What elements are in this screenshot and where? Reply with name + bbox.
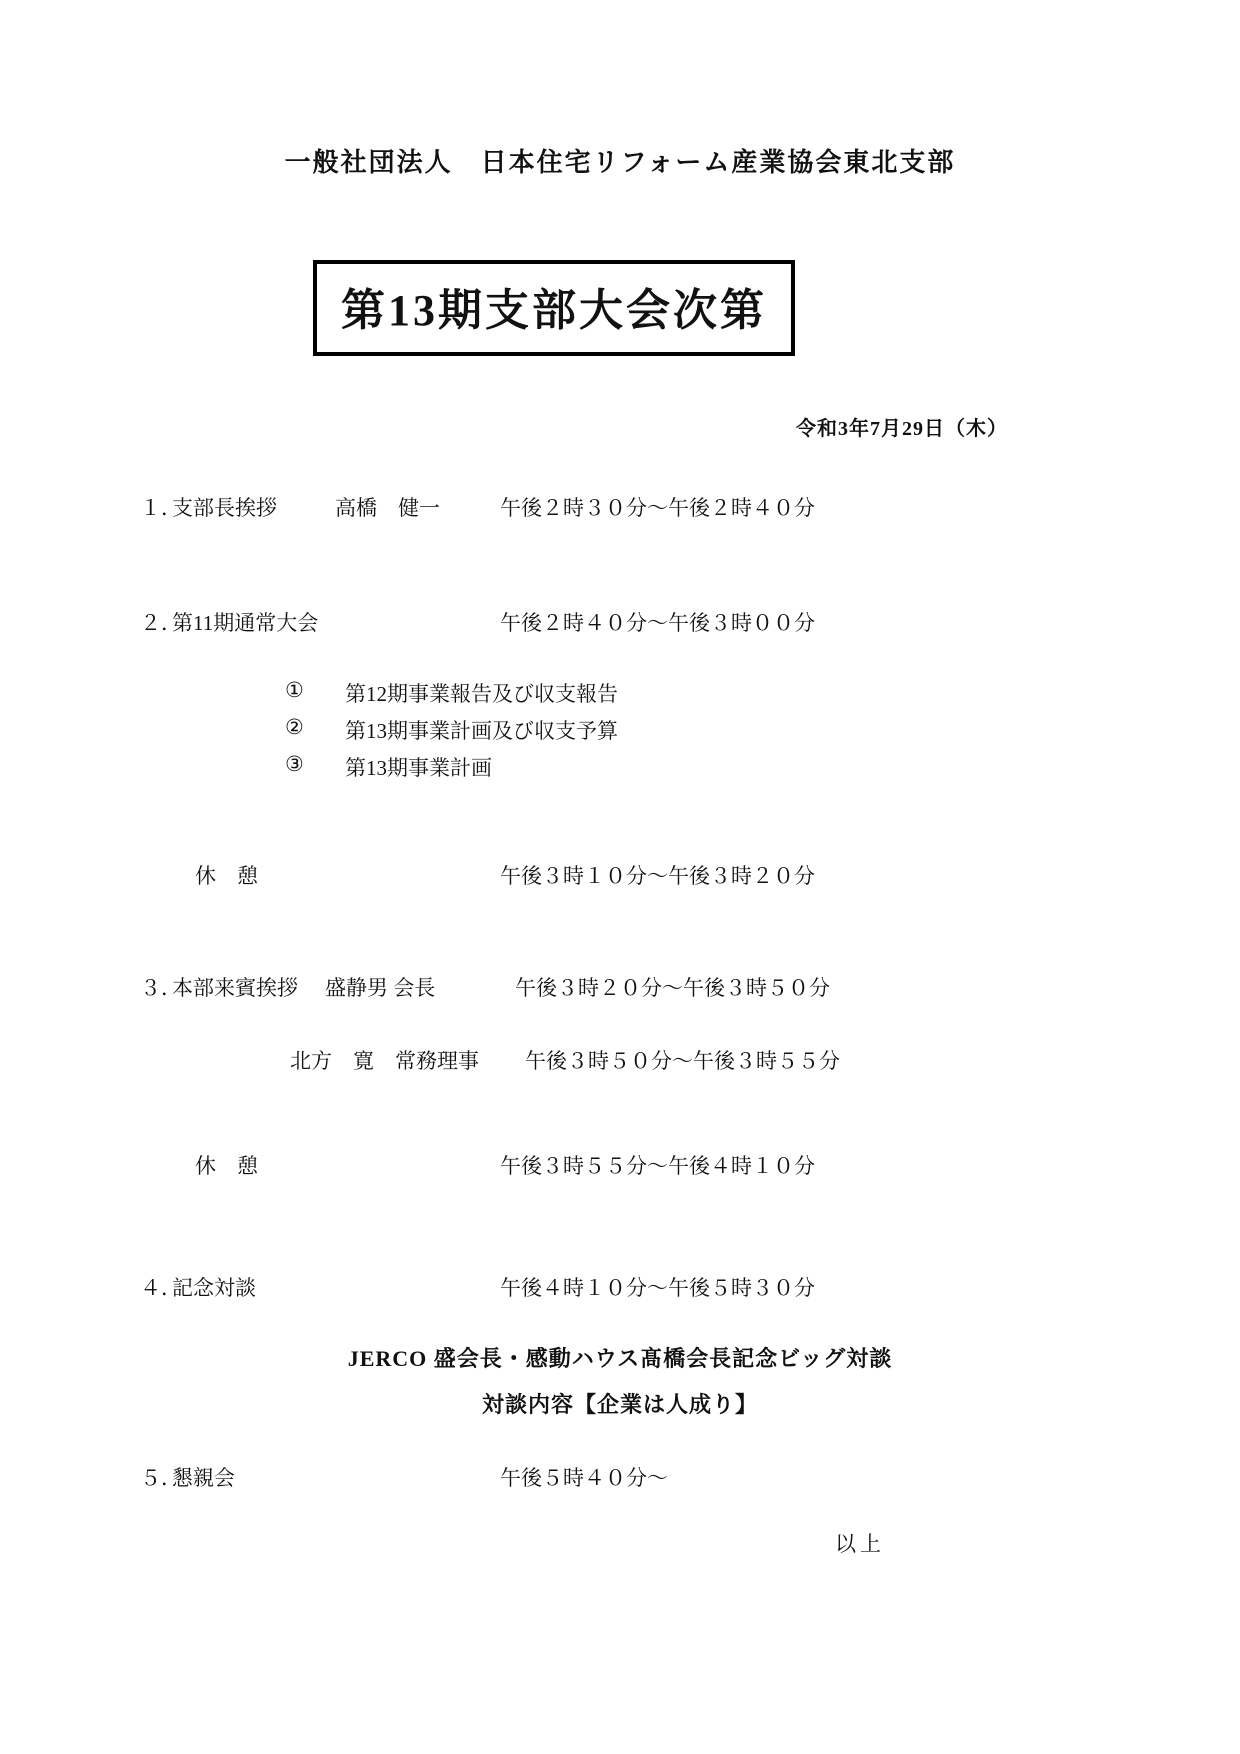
agenda-subitem-2-marker: ②	[285, 715, 304, 740]
break-1-time: 午後３時１０分～午後３時２０分	[500, 860, 815, 890]
closing-text: 以上	[835, 1528, 885, 1558]
agenda-subitem-3-marker: ③	[285, 752, 304, 777]
agenda-item-3-time: 午後３時２０分～午後３時５０分	[515, 972, 830, 1002]
agenda-item-1: １． 支部長挨拶 高橋 健一 午後２時３０分～午後２時４０分	[0, 492, 1240, 522]
agenda-item-5: ５． 懇親会 午後５時４０分～	[0, 1462, 1240, 1492]
event-date: 令和3年7月29日（木）	[796, 412, 1008, 441]
talk-session-title: JERCO 盛会長・感動ハウス髙橋会長記念ビッグ対談	[0, 1342, 1240, 1373]
agenda-subitem-1-marker: ①	[285, 678, 304, 703]
agenda-subitem-1: ① 第12期事業報告及び収支報告	[0, 678, 1240, 708]
break-1: 休 憩 午後３時１０分～午後３時２０分	[0, 860, 1240, 890]
agenda-item-4: ４． 記念対談 午後４時１０分～午後５時３０分	[0, 1272, 1240, 1302]
break-2: 休 憩 午後３時５５分～午後４時１０分	[0, 1150, 1240, 1180]
break-1-label: 休 憩	[195, 860, 258, 890]
agenda-item-3-person: 盛静男 会長	[325, 972, 435, 1002]
talk-session-subject: 対談内容【企業は人成り】	[0, 1388, 1240, 1419]
agenda-subitem-3-text: 第13期事業計画	[345, 752, 492, 782]
agenda-item-1-person: 高橋 健一	[335, 492, 440, 522]
agenda-item-3b-time: 午後３時５０分～午後３時５５分	[525, 1045, 840, 1075]
document-title-box: 第13期支部大会次第	[313, 260, 795, 356]
agenda-subitem-1-text: 第12期事業報告及び収支報告	[345, 678, 618, 708]
document-title: 第13期支部大会次第	[341, 286, 767, 335]
break-2-time: 午後３時５５分～午後４時１０分	[500, 1150, 815, 1180]
agenda-item-2-time: 午後２時４０分～午後３時００分	[500, 607, 815, 637]
agenda-item-1-label: 支部長挨拶	[172, 492, 277, 522]
agenda-item-4-label: 記念対談	[172, 1272, 256, 1302]
agenda-item-3: ３． 本部来賓挨拶 盛静男 会長 午後３時２０分～午後３時５０分	[0, 972, 1240, 1002]
agenda-subitem-3: ③ 第13期事業計画	[0, 752, 1240, 782]
document-page: 一般社団法人 日本住宅リフォーム産業協会東北支部 第13期支部大会次第 令和3年…	[0, 0, 1240, 1754]
agenda-item-1-time: 午後２時３０分～午後２時４０分	[500, 492, 815, 522]
agenda-subitem-2: ② 第13期事業計画及び収支予算	[0, 715, 1240, 745]
agenda-item-4-time: 午後４時１０分～午後５時３０分	[500, 1272, 815, 1302]
agenda-item-2: ２． 第11期通常大会 午後２時４０分～午後３時００分	[0, 607, 1240, 637]
agenda-subitem-2-text: 第13期事業計画及び収支予算	[345, 715, 618, 745]
agenda-item-3-label: 本部来賓挨拶	[172, 972, 298, 1002]
agenda-item-5-time: 午後５時４０分～	[500, 1462, 668, 1492]
agenda-item-5-label: 懇親会	[172, 1462, 235, 1492]
break-2-label: 休 憩	[195, 1150, 258, 1180]
agenda-item-2-label: 第11期通常大会	[172, 607, 318, 637]
organization-name: 一般社団法人 日本住宅リフォーム産業協会東北支部	[0, 142, 1240, 179]
agenda-item-3b: 北方 寛 常務理事 午後３時５０分～午後３時５５分	[0, 1045, 1240, 1075]
agenda-item-3b-person: 北方 寛 常務理事	[290, 1045, 479, 1075]
